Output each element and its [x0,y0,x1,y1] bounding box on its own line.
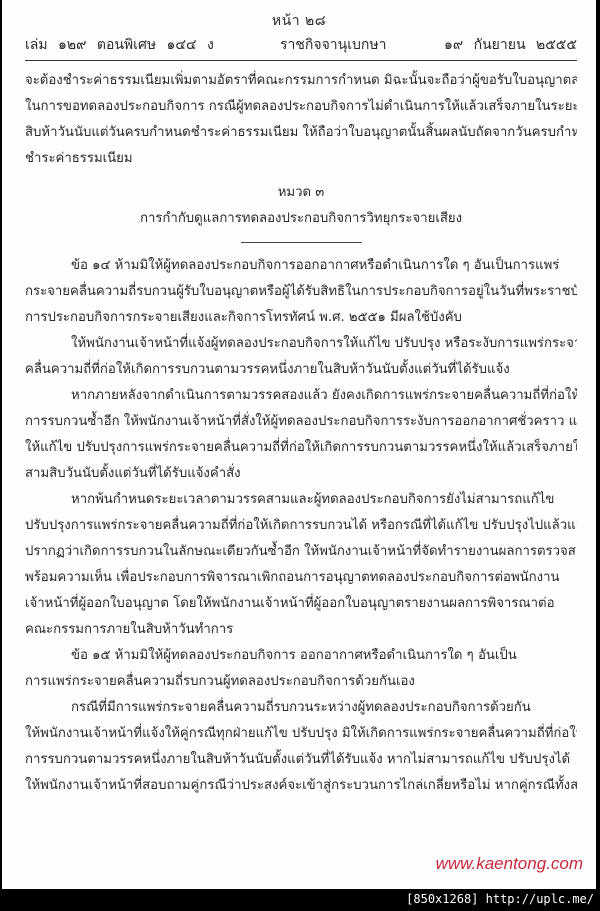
chapter-number: หมวด ๓ [25,180,577,206]
text-line: กระจายคลื่นความถี่รบกวนผู้รับใบอนุญาตหรื… [25,279,577,305]
text-line: การแพร่กระจายคลื่นความถี่รบกวนผู้ทดลองปร… [25,669,577,695]
text-line: ให้พนักงานเจ้าหน้าที่แจ้งให้คู่กรณีทุกฝ่… [25,721,577,747]
text-line: ชำระค่าธรรมเนียม [25,146,577,172]
paragraph-14-4: หากพ้นกำหนดระยะเวลาตามวรรคสามและผู้ทดลอง… [25,487,577,643]
text-line: การรบกวนตามวรรคหนึ่งภายในสิบห้าวันนับตั้… [25,747,577,773]
text-line: ข้อ ๑๕ ห้ามมิให้ผู้ทดลองประกอบกิจการ ออก… [25,643,577,669]
carryover-paragraph: จะต้องชำระค่าธรรมเนียมเพิ่มตามอัตราที่คณ… [25,68,577,172]
publication-date: ๑๙ กันยายน ๒๕๕๕ [444,34,577,56]
text-line: คณะกรรมการภายในสิบห้าวันทำการ [25,617,577,643]
text-line: กรณีที่มีการแพร่กระจายคลื่นความถี่รบกวนร… [25,695,577,721]
text-line: การประกอบกิจการกระจายเสียงและกิจการโทรทั… [25,305,577,331]
chapter-title: การกำกับดูแลการทดลองประกอบกิจการวิทยุกระ… [25,206,577,232]
paragraph-15-2: กรณีที่มีการแพร่กระจายคลื่นความถี่รบกวนร… [25,695,577,799]
text-line: หากพ้นกำหนดระยะเวลาตามวรรคสามและผู้ทดลอง… [25,487,577,513]
page-number: หน้า ๒๘ [2,10,596,32]
chapter-divider [241,242,362,243]
document-page: หน้า ๒๘ เล่ม ๑๒๙ ตอนพิเศษ ๑๔๔ ง ราชกิจจา… [2,0,596,889]
paragraph-clause-14: ข้อ ๑๔ ห้ามมิให้ผู้ทดลองประกอบกิจการออกอ… [25,253,577,331]
running-header: เล่ม ๑๒๙ ตอนพิเศษ ๑๔๔ ง ราชกิจจานุเบกษา … [25,34,577,56]
paragraph-clause-15: ข้อ ๑๕ ห้ามมิให้ผู้ทดลองประกอบกิจการ ออก… [25,643,577,695]
paragraph-14-3: หากภายหลังจากดำเนินการตามวรรคสองแล้ว ยัง… [25,383,577,487]
image-size-url[interactable]: [850x1268] http://uplc.me/ [406,892,594,906]
text-line: ปรากฏว่าเกิดการรบกวนในลักษณะเดียวกันซ้ำอ… [25,539,577,565]
text-line: สิบห้าวันนับแต่วันครบกำหนดชำระค่าธรรมเนี… [25,120,577,146]
text-line: เจ้าหน้าที่ผู้ออกใบอนุญาต โดยให้พนักงานเ… [25,591,577,617]
text-line: ให้แก้ไข ปรับปรุงการแพร่กระจายคลื่นความถ… [25,435,577,461]
volume-issue: เล่ม ๑๒๙ ตอนพิเศษ ๑๔๔ ง [25,34,214,56]
text-line: ข้อ ๑๔ ห้ามมิให้ผู้ทดลองประกอบกิจการออกอ… [25,253,577,279]
text-line: ปรับปรุงการแพร่กระจายคลื่นความถี่ที่ก่อใ… [25,513,577,539]
text-line: หากภายหลังจากดำเนินการตามวรรคสองแล้ว ยัง… [25,383,577,409]
document-body: จะต้องชำระค่าธรรมเนียมเพิ่มตามอัตราที่คณ… [25,68,577,799]
paragraph-14-2: ให้พนักงานเจ้าหน้าที่แจ้งผู้ทดลองประกอบก… [25,331,577,383]
text-line: สามสิบวันนับตั้งแต่วันที่ได้รับแจ้งคำสั่… [25,461,577,487]
text-line: ให้พนักงานเจ้าหน้าที่แจ้งผู้ทดลองประกอบก… [25,331,577,357]
watermark-link[interactable]: www.kaentong.com [436,854,583,874]
text-line: จะต้องชำระค่าธรรมเนียมเพิ่มตามอัตราที่คณ… [25,68,577,94]
text-line: พร้อมความเห็น เพื่อประกอบการพิจารณาเพิกถ… [25,565,577,591]
text-line: ในการขอทดลองประกอบกิจการ กรณีผู้ทดลองประ… [25,94,577,120]
text-line: คลื่นความถี่ที่ก่อให้เกิดการรบกวนตามวรรค… [25,357,577,383]
image-host-footer: [850x1268] http://uplc.me/ [0,889,600,911]
publication-title: ราชกิจจานุเบกษา [280,34,386,56]
text-line: ให้พนักงานเจ้าหน้าที่สอบถามคู่กรณีว่าประ… [25,773,577,799]
text-line: การรบกวนซ้ำอีก ให้พนักงานเจ้าหน้าที่สั่ง… [25,409,577,435]
header-divider [25,60,577,61]
